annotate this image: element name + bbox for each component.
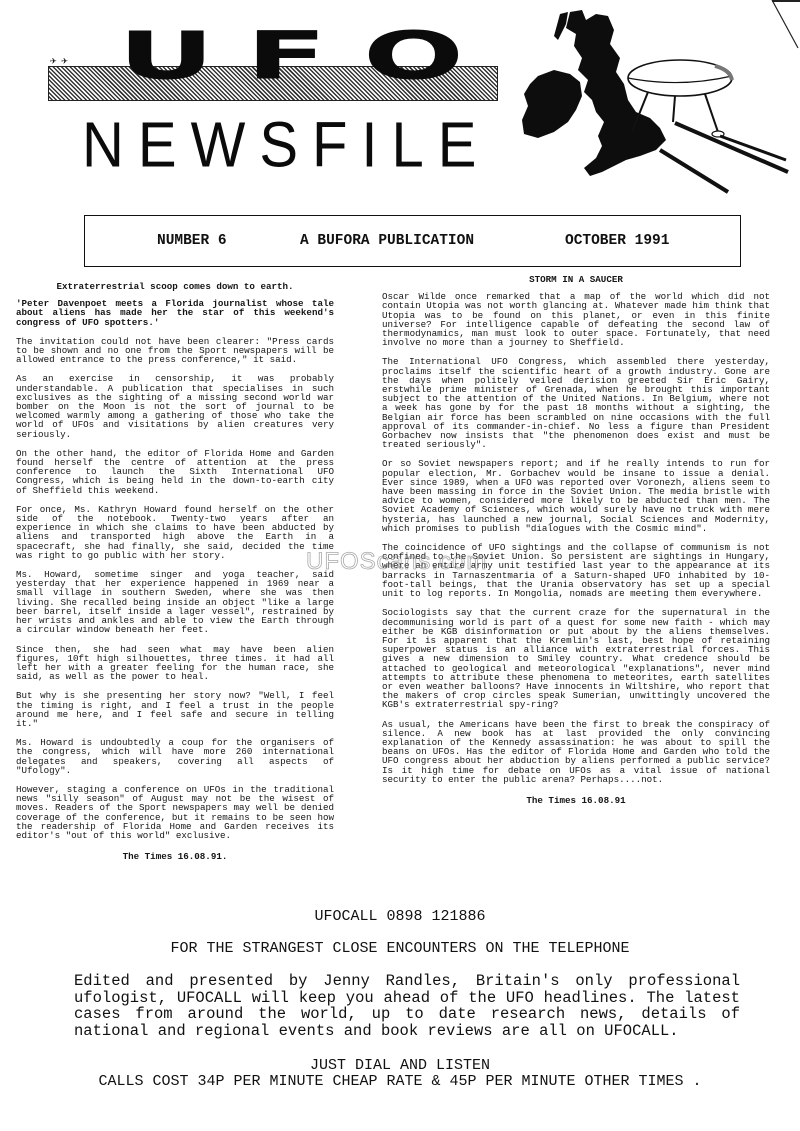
right-article-headline: STORM IN A SAUCER bbox=[382, 275, 770, 284]
left-article-lede: 'Peter Davenpoet meets a Florida journal… bbox=[16, 299, 334, 327]
left-paragraph: As an exercise in censorship, it was pro… bbox=[16, 374, 334, 438]
left-paragraph: Since then, she had seen what may have b… bbox=[16, 645, 334, 682]
ad-pricing: CALLS COST 34P PER MINUTE CHEAP RATE & 4… bbox=[0, 1073, 800, 1090]
aircraft-icon: ✈ ✈ bbox=[50, 54, 67, 68]
left-paragraph: For once, Ms. Kathryn Howard found herse… bbox=[16, 505, 334, 560]
left-paragraph: On the other hand, the editor of Florida… bbox=[16, 449, 334, 495]
corner-mark-icon bbox=[770, 0, 800, 50]
publisher-label: A BUFORA PUBLICATION bbox=[300, 233, 474, 249]
ad-tagline: FOR THE STRANGEST CLOSE ENCOUNTERS ON TH… bbox=[0, 940, 800, 957]
logo-letter-u: U bbox=[118, 34, 214, 78]
left-article-headline: Extraterrestrial scoop comes down to ear… bbox=[16, 282, 334, 291]
issue-date: OCTOBER 1991 bbox=[565, 233, 669, 249]
right-article: STORM IN A SAUCER Oscar Wilde once remar… bbox=[382, 275, 770, 815]
issue-number: NUMBER 6 bbox=[157, 233, 227, 249]
ad-call-to-action: JUST DIAL AND LISTEN bbox=[0, 1057, 800, 1074]
issue-info-bar: NUMBER 6 A BUFORA PUBLICATION OCTOBER 19… bbox=[84, 215, 741, 267]
left-paragraph: However, staging a conference on UFOs in… bbox=[16, 785, 334, 840]
left-paragraph: Ms. Howard is undoubtedly a coup for the… bbox=[16, 738, 334, 775]
watermark: UFOScans.com bbox=[306, 548, 487, 576]
left-paragraph: The invitation could not have been clear… bbox=[16, 337, 334, 365]
right-paragraph: Oscar Wilde once remarked that a map of … bbox=[382, 292, 770, 347]
ad-body: Edited and presented by Jenny Randles, B… bbox=[74, 973, 740, 1039]
logo-letter-f: F bbox=[246, 34, 327, 78]
ad-phone-line: UFOCALL 0898 121886 bbox=[0, 908, 800, 925]
right-paragraph: Or so Soviet newspapers report; and if h… bbox=[382, 459, 770, 533]
logo-ufo: U F O bbox=[118, 34, 438, 92]
right-paragraph: Sociologists say that the current craze … bbox=[382, 608, 770, 709]
logo-newsfile: NEWSFILE bbox=[82, 108, 491, 182]
left-paragraph: Ms. Howard, sometime singer and yoga tea… bbox=[16, 570, 334, 634]
left-article: Extraterrestrial scoop comes down to ear… bbox=[16, 282, 334, 871]
left-article-source: The Times 16.08.91. bbox=[16, 852, 334, 861]
uk-map-saucer-icon bbox=[510, 0, 800, 210]
right-paragraph: As usual, the Americans have been the fi… bbox=[382, 720, 770, 784]
right-article-source: The Times 16.08.91 bbox=[382, 796, 770, 805]
logo-letter-o: O bbox=[363, 34, 464, 78]
right-paragraph: The International UFO Congress, which as… bbox=[382, 357, 770, 449]
left-paragraph: But why is she presenting her story now?… bbox=[16, 691, 334, 728]
